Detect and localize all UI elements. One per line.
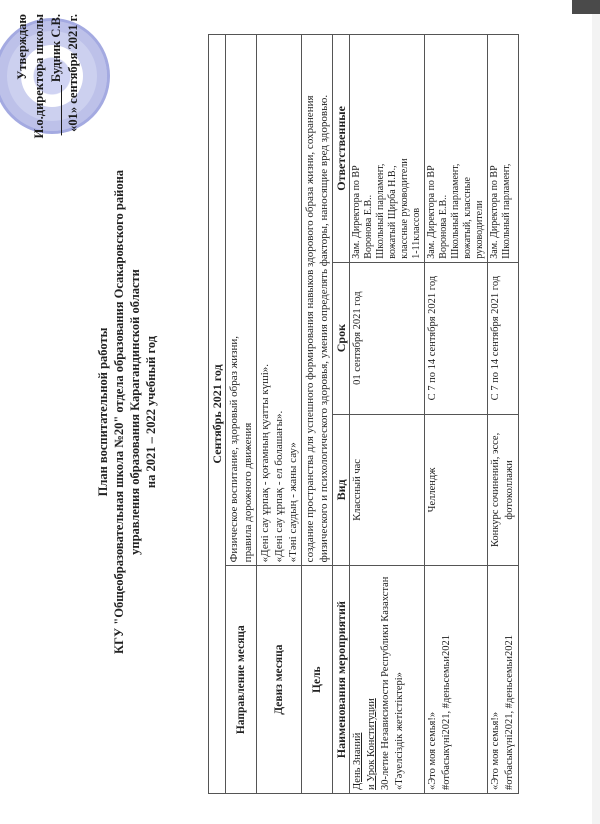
cell-line: #отбасыкүні2021, #деньсемьи2021 — [503, 569, 517, 790]
month-header: Сентябрь 2021 год — [209, 35, 226, 794]
column-header: Вид — [333, 414, 350, 566]
column-header: Наименования мероприятий — [333, 566, 350, 794]
event-name: «Это моя семья!»#отбасыкүні2021, #деньсе… — [425, 566, 488, 794]
cell-line: «Тәуелсіздік жетістіктері» — [393, 569, 407, 790]
cell-line: создание пространства для успешного форм… — [303, 38, 317, 562]
column-header: Ответственные — [333, 35, 350, 263]
event-responsible: Зам. Директора по ВРШкольный парламент, — [488, 35, 519, 263]
event-name: День Знанийи Урок Конституции30-летие Не… — [350, 566, 425, 794]
cell-line: Воронова Е.В.. — [438, 38, 450, 259]
cell-line: Школьный парламент, — [501, 38, 513, 259]
event-type: Классный час — [350, 414, 425, 566]
info-row: Цельсоздание пространства для успешного … — [302, 35, 333, 794]
info-label: Направление месяца — [226, 566, 257, 794]
cell-line: вожатый Щирба Н.В., — [387, 38, 399, 259]
plan-table: Сентябрь 2021 годНаправление месяцаФизич… — [208, 34, 519, 794]
cell-line: «Дені сау ұрпақ - ел болашағы». — [272, 38, 286, 562]
cell-line: Зам. Директора по ВР — [489, 38, 501, 259]
cell-line: День Знаний — [351, 569, 365, 790]
cell-line: 1-11классов — [411, 38, 423, 259]
info-row: Девиз месяца«Дені сау ұрпақ - қоғамның қ… — [257, 35, 302, 794]
document-page: Утверждаю И.о.директора школы ________ Б… — [0, 0, 600, 824]
title-line: КГУ "Общеобразовательная школа №20" отде… — [111, 0, 127, 824]
cell-line: Школьный парламент, — [375, 38, 387, 259]
cell-line: классные руководители — [399, 38, 411, 259]
event-responsible: Зам. Директора по ВРВоронова Е.В..Школьн… — [350, 35, 425, 263]
event-date: С 7 по 14 сентября 2021 год — [488, 262, 519, 414]
cell-line: 30-летие Независимости Республики Казахс… — [379, 569, 393, 790]
approval-line: Утверждаю — [14, 14, 31, 164]
info-label: Цель — [302, 566, 333, 794]
event-name: «Это моя семья!»#отбасыкүні2021, #деньсе… — [488, 566, 519, 794]
title-line: управления образования Карагандинской об… — [127, 0, 143, 824]
event-date: С 7 по 14 сентября 2021 год — [425, 262, 488, 414]
title-line: План воспитательной работы — [95, 0, 111, 824]
approval-position: И.о.директора школы — [31, 14, 48, 164]
table-row: «Это моя семья!»#отбасыкүні2021, #деньсе… — [425, 35, 488, 794]
info-label: Девиз месяца — [257, 566, 302, 794]
cell-line: Физическое воспитание, здоровый образ жи… — [227, 38, 241, 562]
cell-line: Зам. Директора по ВР — [426, 38, 438, 259]
event-date: 01 сентября 2021 год — [350, 262, 425, 414]
table-row: «Это моя семья!»#отбасыкүні2021, #деньсе… — [488, 35, 519, 794]
cell-line: и Урок Конституции — [365, 569, 379, 790]
cell-line: руководители — [474, 38, 486, 259]
title-line: на 2021 – 2022 учебный год — [143, 0, 159, 824]
approval-block: Утверждаю И.о.директора школы ________ Б… — [14, 14, 82, 164]
cell-line: «Тәні саудың - жаны сау» — [286, 38, 300, 562]
event-type: Челлендж — [425, 414, 488, 566]
cell-line: правила дорожного движения — [241, 38, 255, 562]
document-title: План воспитательной работы КГУ "Общеобра… — [95, 0, 159, 824]
cell-line: «Это моя семья!» — [426, 569, 440, 790]
cell-line: физического и психологического здоровья,… — [317, 38, 331, 562]
approval-signature: ________ Будник С.В. — [48, 14, 65, 164]
event-responsible: Зам. Директора по ВРВоронова Е.В..Школьн… — [425, 35, 488, 263]
cell-line: Зам. Директора по ВР — [351, 38, 363, 259]
cell-line: Школьный парламент, — [450, 38, 462, 259]
info-value: Физическое воспитание, здоровый образ жи… — [226, 35, 257, 566]
event-type: Конкурс сочинений, эссе, фотоколлажи — [488, 414, 519, 566]
info-value: «Дені сау ұрпақ - қоғамның қуатты күші».… — [257, 35, 302, 566]
approval-date: «01» сентября 2021 г. — [65, 14, 82, 164]
cell-line: Воронова Е.В.. — [363, 38, 375, 259]
month-header-row: Сентябрь 2021 год — [209, 35, 226, 794]
column-header-row: Наименования мероприятийВидСрокОтветстве… — [333, 35, 350, 794]
info-row: Направление месяцаФизическое воспитание,… — [226, 35, 257, 794]
column-header: Срок — [333, 262, 350, 414]
cell-line: вожатый, классные — [462, 38, 474, 259]
cell-line: «Это моя семья!» — [489, 569, 503, 790]
cell-line: #отбасыкүні2021, #деньсемьи2021 — [440, 569, 454, 790]
cell-line: «Дені сау ұрпақ - қоғамның қуатты күші». — [258, 38, 272, 562]
info-value: создание пространства для успешного форм… — [302, 35, 333, 566]
table-row: День Знанийи Урок Конституции30-летие Не… — [350, 35, 425, 794]
